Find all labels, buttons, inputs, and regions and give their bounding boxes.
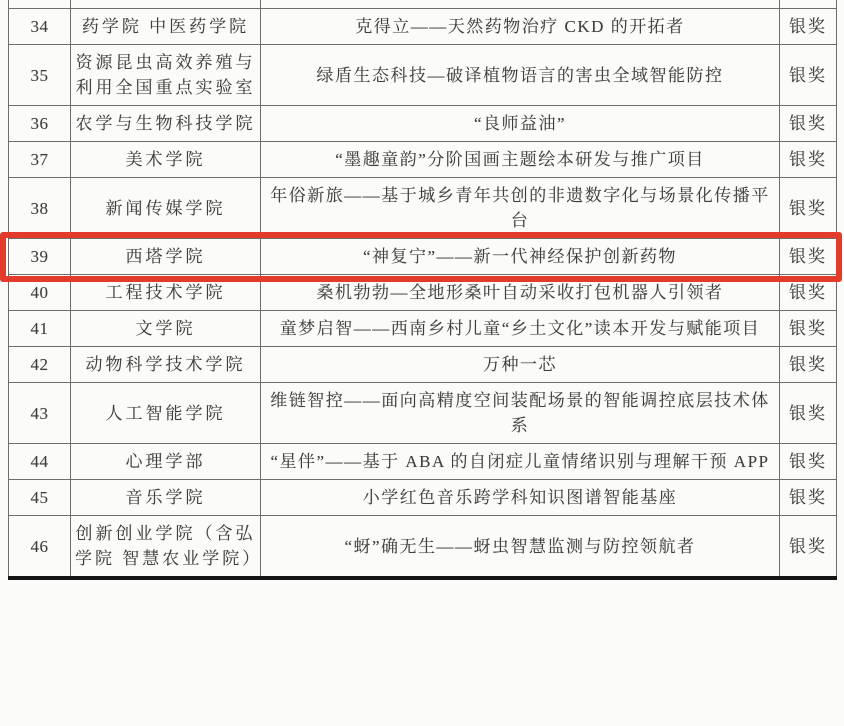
college-cell: 工程技术学院	[71, 275, 261, 311]
award-cell: 银奖	[780, 480, 837, 516]
award-cell: 银奖	[780, 178, 837, 239]
project-name-cell: 桑机勃勃—全地形桑叶自动采收打包机器人引领者	[261, 275, 780, 311]
project-name-cell: 克得立——天然药物治疗 CKD 的开拓者	[261, 9, 780, 45]
project-name-cell: 年俗新旅——基于城乡青年共创的非遗数字化与场景化传播平台	[261, 178, 780, 239]
table-row: 36 农学与生物科技学院 “良师益油” 银奖	[9, 106, 837, 142]
project-name-cell: “神复宁”——新一代神经保护创新药物	[261, 239, 780, 275]
college-cell: 人工智能学院	[71, 383, 261, 444]
project-name-cell: “良师益油”	[261, 106, 780, 142]
table-row: 40 工程技术学院 桑机勃勃—全地形桑叶自动采收打包机器人引领者 银奖	[9, 275, 837, 311]
table-row: 45 音乐学院 小学红色音乐跨学科知识图谱智能基座 银奖	[9, 480, 837, 516]
award-table-body: 34 药学院 中医药学院 克得立——天然药物治疗 CKD 的开拓者 银奖 35 …	[9, 9, 837, 579]
college-cell: 文学院	[71, 311, 261, 347]
project-name-cell: 童梦启智——西南乡村儿童“乡土文化”读本开发与赋能项目	[261, 311, 780, 347]
row-number-cell: 36	[9, 106, 71, 142]
grid-line-stub	[779, 0, 780, 8]
award-cell: 银奖	[780, 142, 837, 178]
row-number-cell: 46	[9, 516, 71, 579]
project-name-cell: “星伴”——基于 ABA 的自闭症儿童情绪识别与理解干预 APP	[261, 444, 780, 480]
college-cell: 西塔学院	[71, 239, 261, 275]
table-row: 37 美术学院 “墨趣童韵”分阶国画主题绘本研发与推广项目 银奖	[9, 142, 837, 178]
table-row: 44 心理学部 “星伴”——基于 ABA 的自闭症儿童情绪识别与理解干预 APP…	[9, 444, 837, 480]
row-number-cell: 41	[9, 311, 71, 347]
college-cell: 药学院 中医药学院	[71, 9, 261, 45]
row-number-cell: 39	[9, 239, 71, 275]
college-cell: 音乐学院	[71, 480, 261, 516]
table-row: 41 文学院 童梦启智——西南乡村儿童“乡土文化”读本开发与赋能项目 银奖	[9, 311, 837, 347]
college-cell: 美术学院	[71, 142, 261, 178]
award-cell: 银奖	[780, 275, 837, 311]
table-row: 46 创新创业学院（含弘学院 智慧农业学院） “蚜”确无生——蚜虫智慧监测与防控…	[9, 516, 837, 579]
project-name-cell: 绿盾生态科技—破译植物语言的害虫全域智能防控	[261, 45, 780, 106]
award-cell: 银奖	[780, 45, 837, 106]
award-cell: 银奖	[780, 444, 837, 480]
grid-line-stub	[8, 0, 9, 8]
award-cell: 银奖	[780, 311, 837, 347]
row-number-cell: 44	[9, 444, 71, 480]
college-cell: 农学与生物科技学院	[71, 106, 261, 142]
award-cell: 银奖	[780, 347, 837, 383]
row-number-cell: 34	[9, 9, 71, 45]
row-number-cell: 38	[9, 178, 71, 239]
award-table: 34 药学院 中医药学院 克得立——天然药物治疗 CKD 的开拓者 银奖 35 …	[8, 8, 837, 580]
award-cell: 银奖	[780, 239, 837, 275]
table-row: 34 药学院 中医药学院 克得立——天然药物治疗 CKD 的开拓者 银奖	[9, 9, 837, 45]
project-name-cell: 维链智控——面向高精度空间装配场景的智能调控底层技术体系	[261, 383, 780, 444]
award-cell: 银奖	[780, 9, 837, 45]
grid-line-stub	[70, 0, 71, 8]
row-number-cell: 43	[9, 383, 71, 444]
college-cell: 创新创业学院（含弘学院 智慧农业学院）	[71, 516, 261, 579]
row-number-cell: 45	[9, 480, 71, 516]
row-number-cell: 35	[9, 45, 71, 106]
award-cell: 银奖	[780, 516, 837, 579]
table-row: 39 西塔学院 “神复宁”——新一代神经保护创新药物 银奖	[9, 239, 837, 275]
college-cell: 新闻传媒学院	[71, 178, 261, 239]
project-name-cell: “蚜”确无生——蚜虫智慧监测与防控领航者	[261, 516, 780, 579]
college-cell: 资源昆虫高效养殖与利用全国重点实验室	[71, 45, 261, 106]
table-row: 42 动物科学技术学院 万种一芯 银奖	[9, 347, 837, 383]
project-name-cell: 万种一芯	[261, 347, 780, 383]
grid-line-stub	[836, 0, 837, 8]
project-name-cell: 小学红色音乐跨学科知识图谱智能基座	[261, 480, 780, 516]
project-name-cell: “墨趣童韵”分阶国画主题绘本研发与推广项目	[261, 142, 780, 178]
row-number-cell: 40	[9, 275, 71, 311]
award-cell: 银奖	[780, 106, 837, 142]
table-row: 35 资源昆虫高效养殖与利用全国重点实验室 绿盾生态科技—破译植物语言的害虫全域…	[9, 45, 837, 106]
grid-line-stub	[260, 0, 261, 8]
college-cell: 动物科学技术学院	[71, 347, 261, 383]
row-number-cell: 42	[9, 347, 71, 383]
row-number-cell: 37	[9, 142, 71, 178]
college-cell: 心理学部	[71, 444, 261, 480]
award-cell: 银奖	[780, 383, 837, 444]
table-row: 43 人工智能学院 维链智控——面向高精度空间装配场景的智能调控底层技术体系 银…	[9, 383, 837, 444]
table-row: 38 新闻传媒学院 年俗新旅——基于城乡青年共创的非遗数字化与场景化传播平台 银…	[9, 178, 837, 239]
document-page: 34 药学院 中医药学院 克得立——天然药物治疗 CKD 的开拓者 银奖 35 …	[0, 0, 844, 726]
